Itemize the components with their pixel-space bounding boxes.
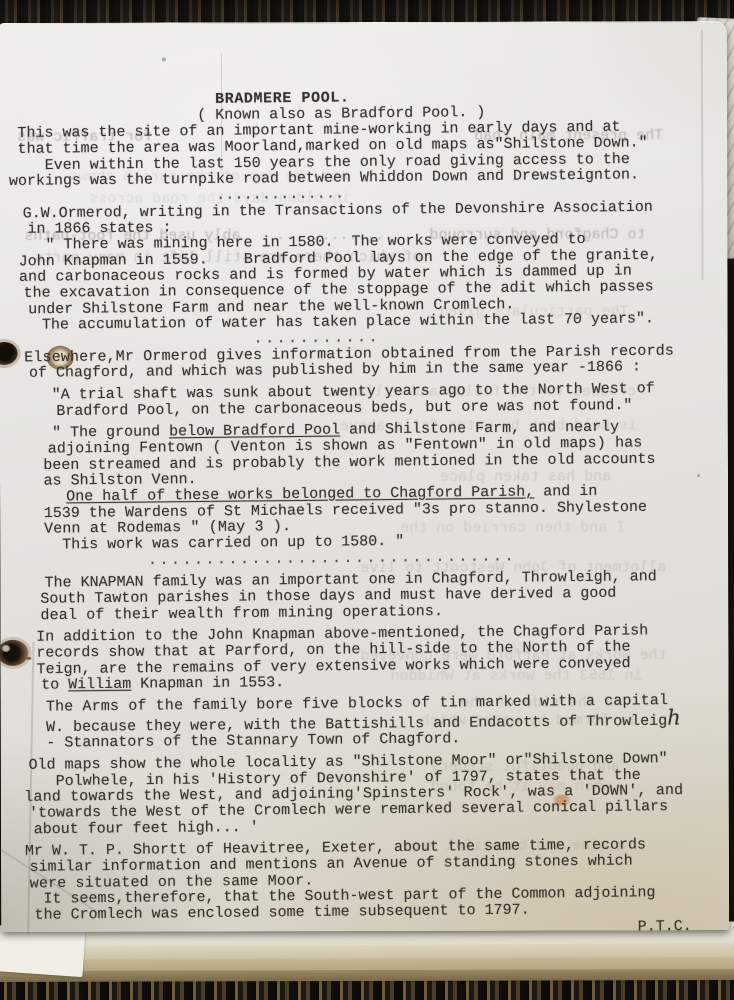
body-text: This was the site of an important mine-w…: [17, 119, 727, 924]
sheet-stack-edge: [0, 969, 734, 982]
document-text: BRADMERE POOL. ( Known also as Bradford …: [17, 87, 728, 942]
dotted-separator: ................................: [148, 547, 724, 569]
handwritten-letter: h: [667, 705, 681, 729]
paper-sheet: for traffic wasThe present main roadand …: [0, 21, 729, 932]
photo-of-document: { "page": { "title": "BRADMERE POOL.", "…: [0, 0, 734, 1000]
paper-speck: [162, 58, 166, 62]
